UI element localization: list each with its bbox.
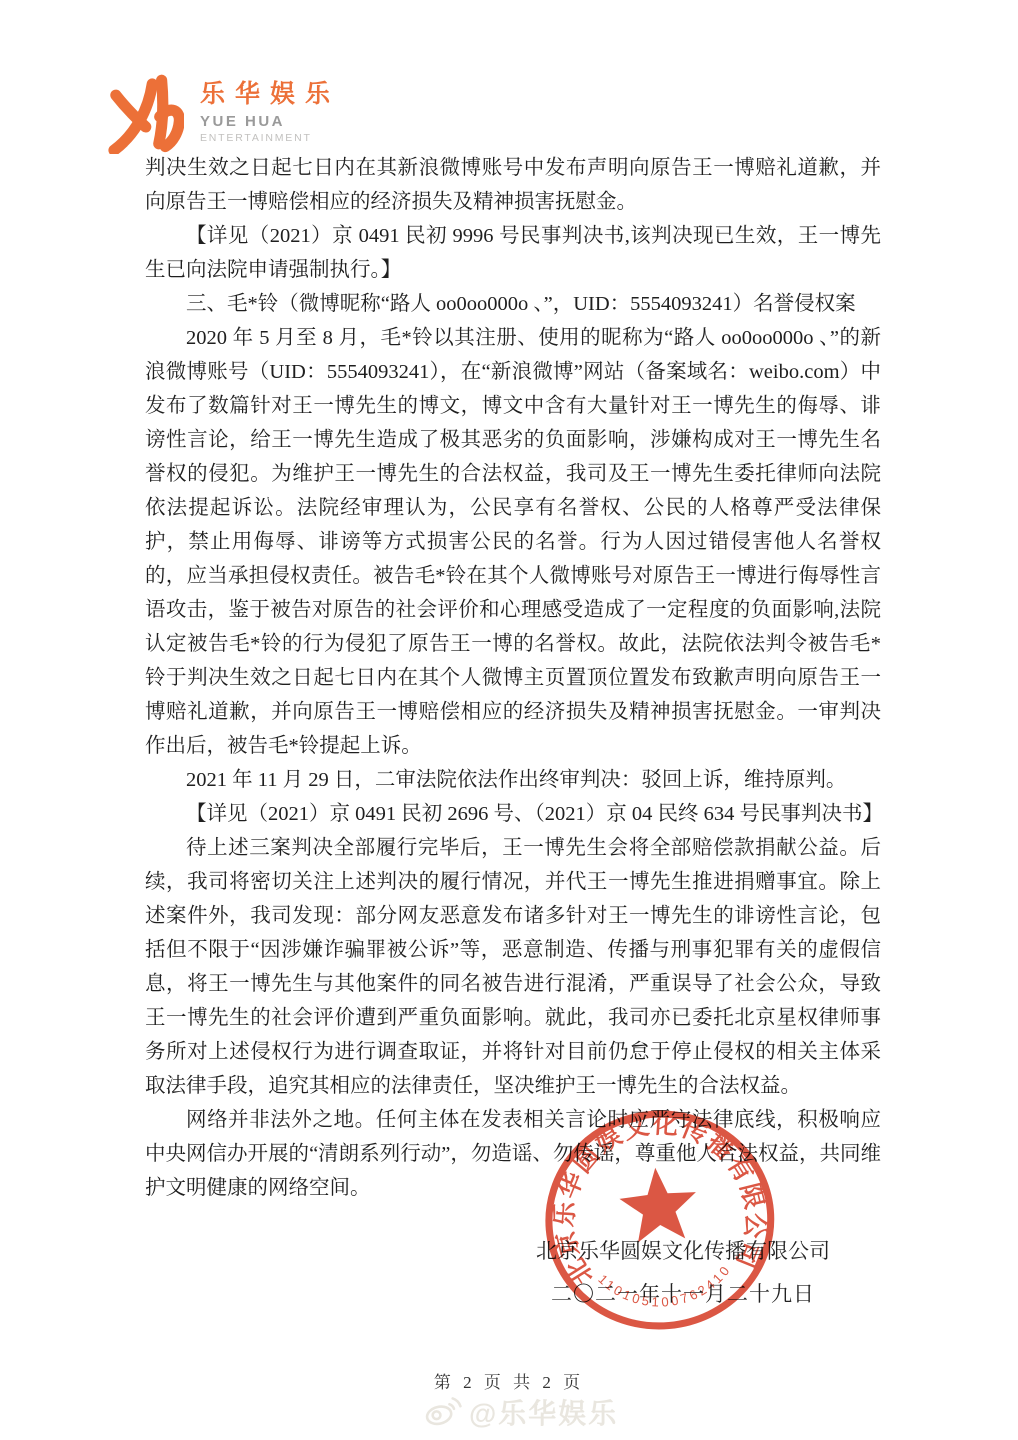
seal-serial-number: 110105100762410 [595, 1260, 737, 1315]
paragraph-case3-detail: 2020 年 5 月至 8 月，毛*铃以其注册、使用的昵称为“路人 oo0oo0… [145, 321, 881, 763]
svg-text:110105100762410: 110105100762410 [595, 1260, 737, 1315]
page-number: 第 2 页 共 2 页 [0, 1368, 1018, 1393]
watermark-text: @乐华娱乐 [469, 1392, 618, 1432]
brand-name-en: YUE HUA [200, 113, 340, 130]
yuehua-logo-icon [100, 70, 184, 154]
brand-header: 乐华娱乐 YUE HUA ENTERTAINMENT [100, 70, 340, 154]
weibo-watermark: @乐华娱乐 [423, 1392, 618, 1432]
paragraph-judgment-ref-2: 【详见（2021）京 0491 民初 2696 号、（2021）京 04 民终 … [145, 797, 881, 831]
company-seal-stamp: 北京乐华圆娱文化传播有限公司 110105100762410 [533, 1098, 788, 1346]
paragraph-continuation: 判决生效之日起七日内在其新浪微博账号中发布声明向原告王一博赔礼道歉，并向原告王一… [145, 151, 881, 219]
paragraph-judgment-ref-1: 【详见（2021）京 0491 民初 9996 号民事判决书,该判决现已生效，王… [145, 219, 881, 287]
paragraph-case3-heading: 三、毛*铃（微博昵称“路人 oo0oo000o 、”，UID：555409324… [145, 287, 881, 321]
paragraph-final-verdict: 2021 年 11 月 29 日，二审法院依法作出终审判决：驳回上诉，维持原判。 [145, 763, 881, 797]
brand-name-cn: 乐华娱乐 [200, 80, 340, 108]
seal-star-icon [617, 1164, 700, 1243]
brand-name-en-sub: ENTERTAINMENT [200, 132, 340, 144]
document-page: 乐华娱乐 YUE HUA ENTERTAINMENT 判决生效之日起七日内在其新… [0, 0, 1018, 1440]
statement-body: 判决生效之日起七日内在其新浪微博账号中发布声明向原告王一博赔礼道歉，并向原告王一… [145, 151, 881, 1205]
weibo-eye-icon [423, 1396, 463, 1428]
brand-text: 乐华娱乐 YUE HUA ENTERTAINMENT [200, 70, 340, 144]
paragraph-donation-and-investigation: 待上述三案判决全部履行完毕后，王一博先生会将全部赔偿款捐献公益。后续，我司将密切… [145, 831, 881, 1103]
